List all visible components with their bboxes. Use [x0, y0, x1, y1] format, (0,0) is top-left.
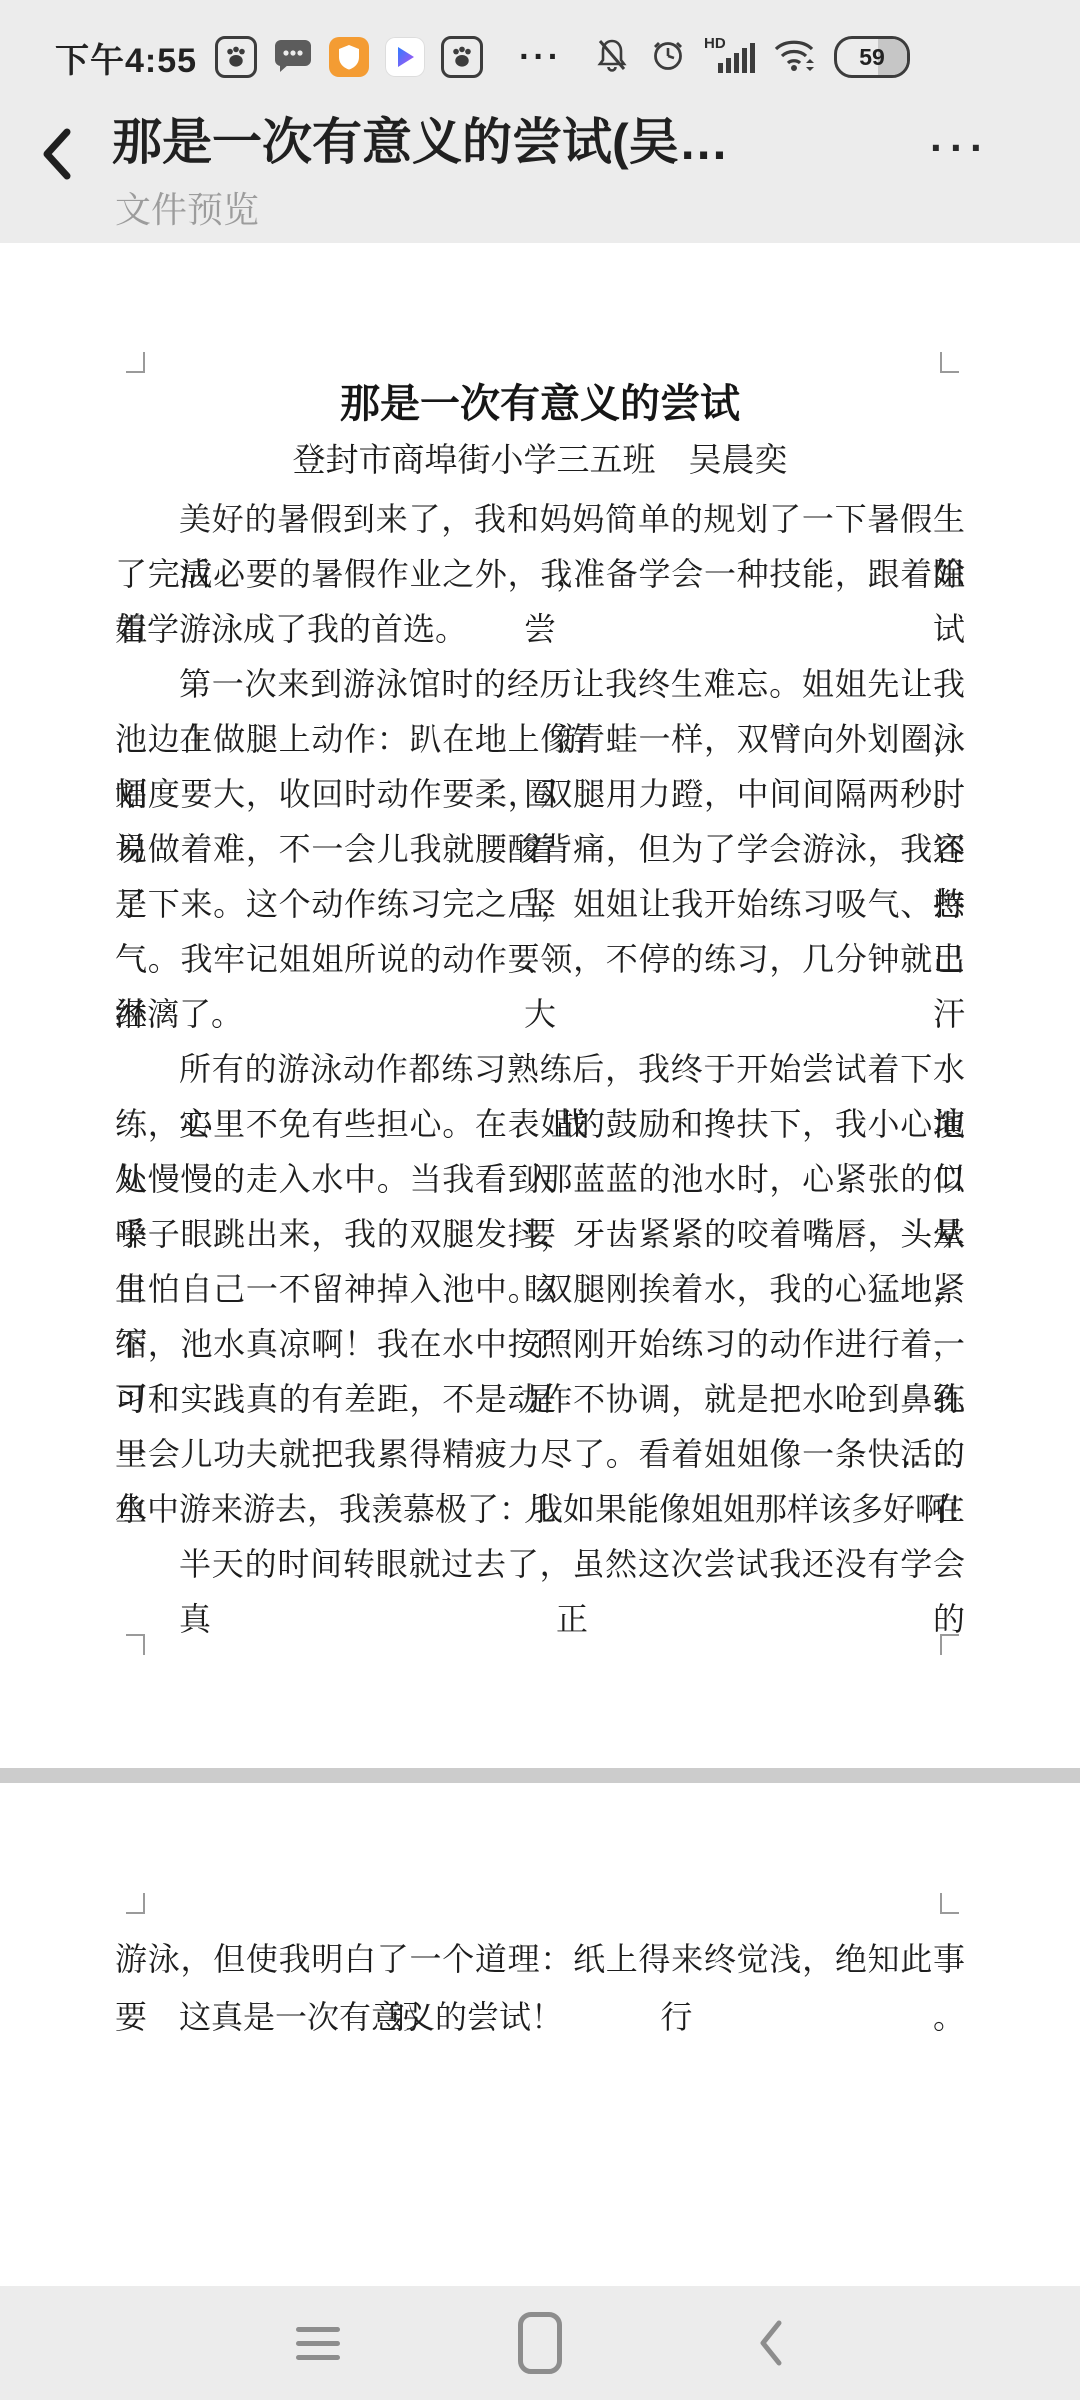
margin-mark-top-left	[126, 352, 145, 373]
doc-line: 生怕自己一不留神掉入池中。双腿刚挨着水，我的心猛地紧缩了一	[115, 1262, 965, 1317]
baidu-app-icon	[215, 36, 257, 78]
doc-line: 了完成必要的暑假作业之外，我准备学会一种技能，跟着姐姐尝试	[115, 547, 965, 602]
doc-line: 了下来。这个动作练习完之后，姐姐让我开始练习吸气、憋气、出	[115, 877, 965, 932]
messages-icon	[273, 36, 313, 79]
essay-author: 登封市商埠街小学三五班 吴晨奕	[115, 434, 965, 481]
back-nav-button[interactable]	[710, 2286, 830, 2400]
system-status-icons: HD	[592, 35, 910, 80]
baidu-app-icon	[441, 36, 483, 78]
alarm-clock-icon	[648, 35, 688, 80]
more-options-button[interactable]: ···	[930, 124, 990, 172]
battery-percent: 59	[859, 44, 885, 71]
doc-line: 处慢慢的走入水中。当我看到那蓝蓝的池水时，心紧张的似乎要从	[115, 1152, 965, 1207]
security-shield-icon	[329, 37, 369, 77]
essay-body-page-1: 美好的暑假到来了，我和妈妈简单的规划了一下暑假生活，除了完成必要的暑假作业之外，…	[115, 492, 965, 1592]
doc-line: 嗓子眼跳出来，我的双腿发抖，牙齿紧紧的咬着嘴唇，头晕目眩，	[115, 1207, 965, 1262]
doc-line: 下，池水真凉啊！我在水中按照刚开始练习的动作进行着，可是练	[115, 1317, 965, 1372]
clock-time: 下午4:55	[55, 33, 197, 82]
back-icon	[756, 2318, 784, 2368]
more-notifications-icon: ···	[519, 38, 562, 77]
status-bar: 下午4:55	[0, 28, 1080, 86]
doc-line: 易做着难，不一会儿我就腰酸背痛，但为了学会游泳，我还是坚持	[115, 822, 965, 877]
doc-line: 池边上做腿上动作：趴在地上像青蛙一样，双臂向外划圈，划圈时	[115, 712, 965, 767]
file-preview-label: 文件预览	[115, 182, 259, 233]
back-button[interactable]	[28, 118, 84, 190]
doc-line: 游泳，但使我明白了一个道理：纸上得来终觉浅，绝知此事要躬行。	[115, 1930, 965, 1988]
margin-mark-bottom-left	[126, 1634, 145, 1655]
signal-hd-icon: HD	[704, 37, 756, 77]
doc-line: 幅度要大，收回时动作要柔，双腿用力蹬，中间间隔两秒。说着容	[115, 767, 965, 822]
margin-mark-top-right	[940, 352, 959, 373]
navigation-bar	[0, 2286, 1080, 2400]
paw-glyph	[223, 44, 249, 70]
margin-mark-top-left	[126, 1893, 145, 1914]
doc-line: 习和实践真的有差距，不是动作不协调，就是把水呛到鼻孔里……	[115, 1372, 965, 1427]
essay-title: 那是一次有意义的尝试	[115, 372, 965, 429]
doc-line: 一会儿功夫就把我累得精疲力尽了。看着姐姐像一条快活的鱼儿在	[115, 1427, 965, 1482]
menu-icon	[296, 2327, 340, 2360]
doc-line: 练，心里不免有些担心。在表姐的鼓励和搀扶下，我小心地从入口	[115, 1097, 965, 1152]
menu-button[interactable]	[258, 2286, 378, 2400]
top-chrome: 下午4:55	[0, 0, 1080, 243]
home-button[interactable]	[480, 2286, 600, 2400]
margin-mark-top-right	[940, 1893, 959, 1914]
battery-indicator: 59	[834, 36, 910, 78]
bell-muted-icon	[592, 35, 632, 80]
document-page-1[interactable]: 那是一次有意义的尝试 登封市商埠街小学三五班 吴晨奕 美好的暑假到来了，我和妈妈…	[0, 243, 1080, 1768]
hd-label: HD	[704, 35, 726, 52]
file-title: 那是一次有意义的尝试(吴…	[112, 102, 902, 174]
phone-screen: 下午4:55	[0, 0, 1080, 2400]
home-icon	[518, 2312, 562, 2374]
video-play-icon	[385, 37, 425, 77]
essay-body-page-2: 游泳，但使我明白了一个道理：纸上得来终觉浅，绝知此事要躬行。这真是一次有意义的尝…	[115, 1930, 965, 2046]
doc-line: 美好的暑假到来了，我和妈妈简单的规划了一下暑假生活，除	[115, 492, 965, 547]
chevron-left-icon	[37, 124, 75, 184]
page-divider	[0, 1768, 1080, 1783]
document-page-2[interactable]: 游泳，但使我明白了一个道理：纸上得来终觉浅，绝知此事要躬行。这真是一次有意义的尝…	[0, 1783, 1080, 2286]
notification-icons	[215, 36, 483, 79]
doc-line: 所有的游泳动作都练习熟练后，我终于开始尝试着下水实战演	[115, 1042, 965, 1097]
margin-mark-bottom-right	[940, 1634, 959, 1655]
doc-line: 第一次来到游泳馆时的经历让我终生难忘。姐姐先让我在游泳	[115, 657, 965, 712]
wifi-icon	[772, 35, 818, 80]
doc-line: 水中游来游去，我羡慕极了：我如果能像姐姐那样该多好啊！	[115, 1482, 965, 1537]
doc-line: 气。我牢记姐姐所说的动作要领，不停的练习，几分钟就已经大汗	[115, 932, 965, 987]
doc-line: 半天的时间转眼就过去了，虽然这次尝试我还没有学会真正的	[115, 1537, 965, 1592]
